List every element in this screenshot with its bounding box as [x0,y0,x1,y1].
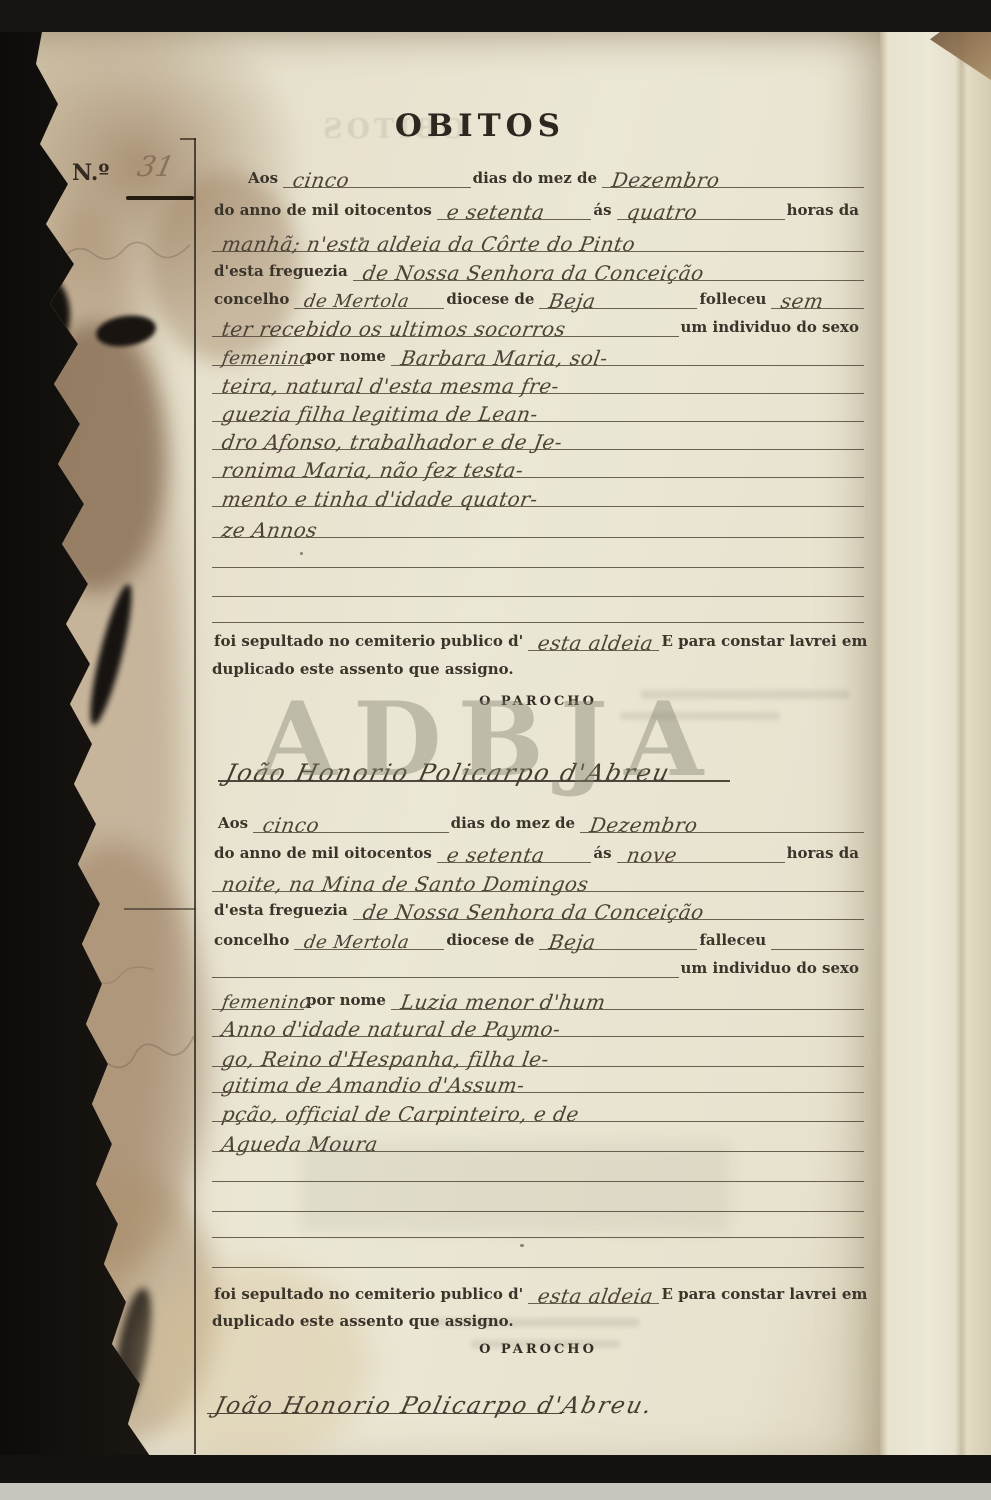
ruled-line: Anno d'idade natural de Paymo- [212,1016,864,1037]
hw-year: e setenta [435,202,552,222]
archive-watermark: ADBJA [258,680,719,800]
hw-sexo: femenino [211,350,319,368]
hw-body-line: guezia filha legitima de Lean- [210,404,545,424]
label-horas-da: horas da [785,846,864,863]
label-freguezia: d'esta freguezia [212,903,353,920]
blank-concelho: de Mertola [294,290,444,309]
scanned-register-page: N.º 31 N. OBITOS OBITOS ADBJA Aos cinco … [0,0,991,1500]
label-duplicado: duplicado este assento que assigno. [212,1312,514,1330]
blank-sexo: femenino [212,991,304,1010]
margin-rule [194,138,196,1454]
hw-day: cinco [252,815,327,835]
ruled-line: go, Reino d'Hespanha, filha le- [212,1046,864,1067]
blank-nome: Barbara Maria, sol- [391,345,864,366]
ruled-line: teira, natural d'esta mesma fre- [212,373,864,394]
blank-concelho: de Mertola [294,931,444,950]
hw-concelho: de Mertola [293,293,417,311]
hw-body-line: teira, natural d'esta mesma fre- [210,376,566,396]
blank-month: Dezembro [580,812,864,833]
ruled-line: ter recebido os ultimos socorros [212,316,679,337]
ruled-line [212,975,679,978]
label-as: ás [591,203,616,220]
blank-year: e setenta [437,842,592,863]
form-line: d'esta freguezia de Nossa Senhora da Con… [212,255,864,281]
form-line: noite, na Mina de Santo Domingos [212,866,864,892]
hw-body-line: go, Reino d'Hespanha, filha le- [210,1049,556,1069]
photo-background-top [0,0,991,32]
photo-background-bottom [0,1455,991,1485]
label-diocese: diocese de [444,292,539,309]
form-line [212,1212,864,1238]
form-line [212,1186,864,1212]
form-line: foi sepultado no cemiterio publico d' es… [212,1278,864,1304]
blank-sepultado: esta aldeia [528,630,659,651]
label-diocese: diocese de [444,933,539,950]
form-line: femenino por nome Luzia menor d'hum [212,984,864,1010]
form-line: Aos cinco dias do mez de Dezembro [212,807,864,833]
ruled-line: ze Annos [212,517,864,538]
hw-sepultado: esta aldeia [527,633,661,653]
hw-sexo: femenino [211,994,319,1012]
hw-body-line: mento e tinha d'idade quator- [210,489,545,509]
form-line: Anno d'idade natural de Paymo- [212,1011,864,1037]
form-line: guezia filha legitima de Lean- [212,396,864,422]
hw-day: cinco [282,170,357,190]
adjacent-page-edge [878,26,991,1455]
label-constar: E para constar lavrei em [659,1287,872,1304]
label-horas-da: horas da [785,203,864,220]
ruled-line: Agueda Moura [212,1131,864,1152]
blank-hour: quatro [617,199,785,220]
ruled-line [212,620,864,623]
form-line: do anno de mil oitocentos e setenta ás q… [212,194,864,220]
hw-nome: Luzia menor d'hum [389,992,613,1012]
priest-signature-line: João Honorio Policarpo d'Abreu. [207,1373,562,1414]
blank-sepultado: esta aldeia [528,1283,659,1304]
label-constar: E para constar lavrei em [659,634,872,651]
label-duplicado: duplicado este assento que assigno. [212,660,514,678]
blank-month: Dezembro [602,167,864,188]
label-dias-do-mez: dias do mez de [449,816,580,833]
blank-nome: Luzia menor d'hum [391,989,864,1010]
label-as: ás [591,846,616,863]
hw-year: e setenta [435,845,552,865]
ruled-line: manhã; n'esta aldeia da Côrte do Pinto [212,231,864,252]
hw-hour: nove [615,845,684,865]
form-line: d'esta freguezia de Nossa Senhora da Con… [212,894,864,920]
ruled-line: gitima de Amandio d'Assum- [212,1072,864,1093]
blank-falleceu: sem [771,288,864,309]
hw-freguezia: de Nossa Senhora da Conceição [351,902,711,922]
hw-sepultado: esta aldeia [527,1286,661,1306]
label-concelho: concelho [212,933,294,950]
form-line: do anno de mil oitocentos e setenta ás n… [212,837,864,863]
hw-body-line: gitima de Amandio d'Assum- [210,1075,532,1095]
ruled-line: noite, na Mina de Santo Domingos [212,871,864,892]
blank-diocese: Beja [539,929,697,950]
label-falleceu: falleceu [697,933,771,950]
form-line: mento e tinha d'idade quator- [212,481,864,507]
form-line: foi sepultado no cemiterio publico d' es… [212,625,864,651]
hw-falleceu: sem [770,291,832,311]
form-line [212,542,864,568]
form-line [212,1242,864,1268]
ruled-line: pção, official de Carpinteiro, e de [212,1101,864,1122]
form-line: teira, natural d'esta mesma fre- [212,368,864,394]
label-sepultado: foi sepultado no cemiterio publico d' [212,1287,528,1304]
hw-hour: quatro [615,202,704,222]
form-line: ter recebido os ultimos socorros um indi… [212,311,864,337]
form-line: pção, official de Carpinteiro, e de [212,1096,864,1122]
blank-diocese: Beja [539,288,697,309]
hw-place: manhã; n'esta aldeia da Côrte do Pinto [210,234,643,254]
blank-year: e setenta [437,199,592,220]
form-line: um individuo do sexo [212,952,864,978]
hw-nome: Barbara Maria, sol- [389,348,615,368]
form-line: femenino por nome Barbara Maria, sol- [212,340,864,366]
label-individuo: um individuo do sexo [679,961,864,978]
form-line: dro Afonso, trabalhador e de Je- [212,424,864,450]
form-line: concelho de Mertola diocese de Beja fall… [212,924,864,950]
label-sepultado: foi sepultado no cemiterio publico d' [212,634,528,651]
record1-number-label: N.º [72,160,109,186]
record1-number-underline [126,196,194,200]
ruled-line [212,1265,864,1268]
form-line: gitima de Amandio d'Assum- [212,1067,864,1093]
hw-month: Dezembro [579,815,706,835]
label-falleceu: folleceu [697,292,771,309]
ruled-line [212,565,864,568]
ruled-line: guezia filha legitima de Lean- [212,401,864,422]
form-line: Aos cinco dias do mez de Dezembro [212,162,864,188]
hw-body-line: ronima Maria, não fez testa- [210,460,530,480]
label-parocho: O PAROCHO [212,1342,864,1357]
hw-place: noite, na Mina de Santo Domingos [210,874,596,894]
hw-concelho: de Mertola [293,934,417,952]
margin-rule-tick [180,138,196,140]
form-line [212,1156,864,1182]
hw-body-line: pção, official de Carpinteiro, e de [210,1104,586,1124]
label-anno: do anno de mil oitocentos [212,203,437,220]
label-freguezia: d'esta freguezia [212,264,353,281]
ruled-line: dro Afonso, trabalhador e de Je- [212,429,864,450]
hw-body-line: Agueda Moura [210,1134,385,1154]
hw-freguezia: de Nossa Senhora da Conceição [351,263,711,283]
form-line: concelho de Mertola diocese de Beja foll… [212,283,864,309]
hw-body-line: ze Annos [210,520,324,540]
hw-socorros: ter recebido os ultimos socorros [210,319,573,339]
form-line: Agueda Moura [212,1126,864,1152]
record2-number-underline [124,908,196,910]
hw-diocese: Beja [538,932,604,952]
form-line [212,597,864,623]
record1-number-value: 31 [134,150,177,183]
form-line: manhã; n'esta aldeia da Côrte do Pinto [212,226,864,252]
blank-hour: nove [617,842,785,863]
form-line [212,571,864,597]
label-individuo: um individuo do sexo [679,320,864,337]
label-concelho: concelho [212,292,294,309]
ruled-line: ronima Maria, não fez testa- [212,457,864,478]
form-line: ze Annos [212,512,864,538]
blank-freguezia: de Nossa Senhora da Conceição [353,260,864,281]
blank-sexo: femenino [212,347,304,366]
ruled-line [212,1179,864,1182]
blank-day: cinco [283,167,470,188]
hw-body-line: Anno d'idade natural de Paymo- [210,1019,568,1039]
form-line: ronima Maria, não fez testa- [212,452,864,478]
label-dias-do-mez: dias do mez de [471,171,602,188]
register-sheet: N.º 31 N. OBITOS OBITOS ADBJA Aos cinco … [0,32,880,1456]
blank-freguezia: de Nossa Senhora da Conceição [353,899,864,920]
hw-diocese: Beja [538,291,604,311]
form-line: go, Reino d'Hespanha, filha le- [212,1041,864,1067]
hw-body-line: dro Afonso, trabalhador e de Je- [210,432,569,452]
label-aos: Aos [246,171,283,188]
ruled-line [212,1235,864,1238]
hw-month: Dezembro [600,170,727,190]
priest-signature: João Honorio Policarpo d'Abreu. [204,1395,655,1418]
label-anno: do anno de mil oitocentos [212,846,437,863]
blank-falleceu [771,947,864,950]
label-aos: Aos [216,816,253,833]
ruled-line: mento e tinha d'idade quator- [212,486,864,507]
photo-table-edge [0,1483,991,1500]
blank-day: cinco [253,812,449,833]
